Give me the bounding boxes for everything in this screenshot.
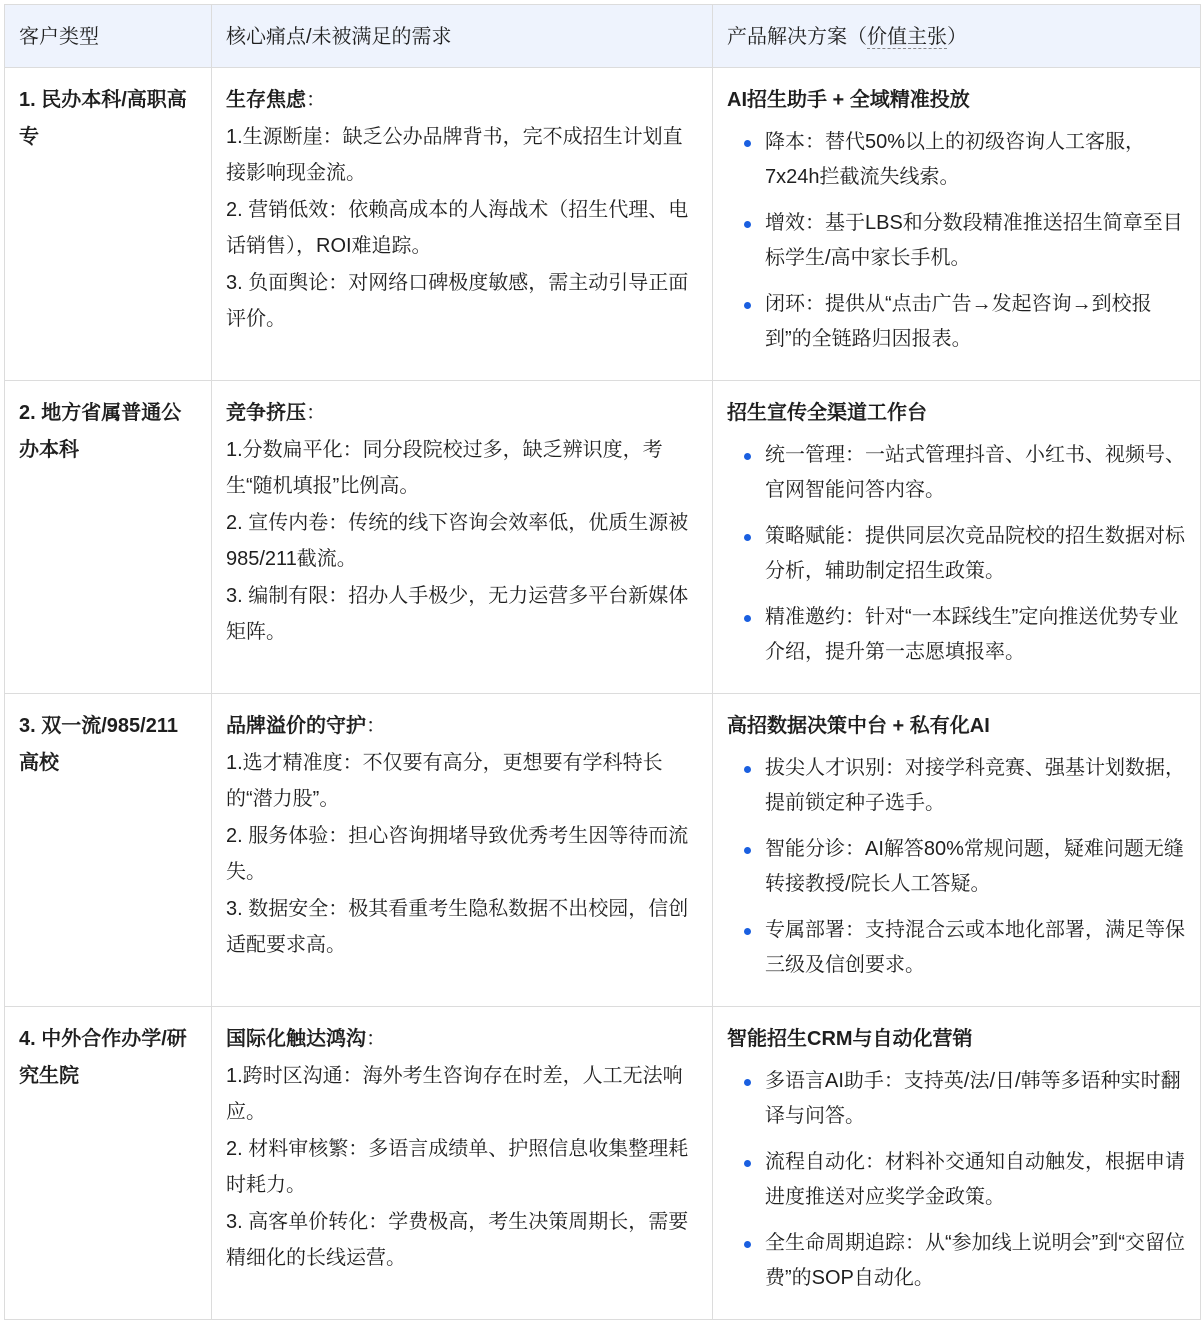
solution-item: 统一管理：一站式管理抖音、小红书、视频号、官网智能问答内容。 (727, 438, 1186, 508)
bullet-icon (744, 1160, 751, 1167)
header-solution-value-proposition[interactable]: 价值主张 (867, 26, 947, 49)
solution-item-text: 拔尖人才识别：对接学科竞赛、强基计划数据，提前锁定种子选手。 (765, 757, 1185, 814)
pain-points-cell: 生存焦虑： 1.生源断崖：缺乏公办品牌背书，完不成招生计划直接影响现金流。 2.… (212, 68, 713, 381)
solution-title: AI招生助手 + 全域精准投放 (727, 82, 1186, 119)
solution-item: 流程自动化：材料补交通知自动触发，根据申请进度推送对应奖学金政策。 (727, 1145, 1186, 1215)
solution-item: 降本：替代50%以上的初级咨询人工客服，7x24h拦截流失线索。 (727, 125, 1186, 195)
customer-type-cell: 1. 民办本科/高职高专 (5, 68, 212, 381)
solution-item-text: 精准邀约：针对“一本踩线生”定向推送优势专业介绍，提升第一志愿填报率。 (765, 606, 1178, 663)
pain-heading-colon: ： (366, 1028, 386, 1050)
customer-type-cell: 2. 地方省属普通公办本科 (5, 381, 212, 694)
bullet-icon (744, 615, 751, 622)
solution-item: 多语言AI助手：支持英/法/日/韩等多语种实时翻译与问答。 (727, 1064, 1186, 1134)
solution-item: 智能分诊：AI解答80%常规问题，疑难问题无缝转接教授/院长人工答疑。 (727, 832, 1186, 902)
bullet-icon (744, 302, 751, 309)
solution-item-text: 闭环：提供从“点击广告→发起咨询→到校报到”的全链路归因报表。 (765, 293, 1152, 350)
pain-heading-colon: ： (306, 89, 326, 111)
customer-type-cell: 3. 双一流/985/211高校 (5, 694, 212, 1007)
solution-item-text: 全生命周期追踪：从“参加线上说明会”到“交留位费”的SOP自动化。 (765, 1232, 1185, 1289)
solution-item-text: 智能分诊：AI解答80%常规问题，疑难问题无缝转接教授/院长人工答疑。 (765, 838, 1184, 895)
table-body: 1. 民办本科/高职高专 生存焦虑： 1.生源断崖：缺乏公办品牌背书，完不成招生… (5, 68, 1201, 1320)
pain-heading: 品牌溢价的守护： (226, 708, 698, 745)
solution-title: 智能招生CRM与自动化营销 (727, 1021, 1186, 1058)
pain-heading-text: 品牌溢价的守护 (226, 715, 366, 737)
customer-type-label: 2. 地方省属普通公办本科 (19, 395, 197, 468)
pain-heading-colon: ： (366, 715, 386, 737)
pain-point-item: 1.选才精准度：不仅要有高分，更想要有学科特长的“潜力股”。 (226, 745, 698, 818)
solution-list: 统一管理：一站式管理抖音、小红书、视频号、官网智能问答内容。 策略赋能：提供同层… (727, 438, 1186, 670)
solution-cell: 高招数据决策中台 + 私有化AI 拔尖人才识别：对接学科竞赛、强基计划数据，提前… (713, 694, 1201, 1007)
pain-point-item: 2. 材料审核繁：多语言成绩单、护照信息收集整理耗时耗力。 (226, 1131, 698, 1204)
solution-title: 高招数据决策中台 + 私有化AI (727, 708, 1186, 745)
bullet-icon (744, 928, 751, 935)
solution-item-text: 流程自动化：材料补交通知自动触发，根据申请进度推送对应奖学金政策。 (765, 1151, 1185, 1208)
table-row: 2. 地方省属普通公办本科 竞争挤压： 1.分数扁平化：同分段院校过多，缺乏辨识… (5, 381, 1201, 694)
header-solution-prefix: 产品解决方案（ (727, 26, 867, 48)
solution-item-text: 增效：基于LBS和分数段精准推送招生简章至目标学生/高中家长手机。 (765, 212, 1183, 269)
header-pain-points: 核心痛点/未被满足的需求 (212, 5, 713, 68)
pain-heading: 国际化触达鸿沟： (226, 1021, 698, 1058)
pain-point-item: 3. 编制有限：招办人手极少，无力运营多平台新媒体矩阵。 (226, 578, 698, 651)
solution-list: 多语言AI助手：支持英/法/日/韩等多语种实时翻译与问答。 流程自动化：材料补交… (727, 1064, 1186, 1296)
pain-points-cell: 国际化触达鸿沟： 1.跨时区沟通：海外考生咨询存在时差，人工无法响应。 2. 材… (212, 1007, 713, 1320)
customer-type-cell: 4. 中外合作办学/研究生院 (5, 1007, 212, 1320)
solution-item: 全生命周期追踪：从“参加线上说明会”到“交留位费”的SOP自动化。 (727, 1226, 1186, 1296)
solution-item-text: 降本：替代50%以上的初级咨询人工客服，7x24h拦截流失线索。 (765, 131, 1145, 188)
solution-item: 增效：基于LBS和分数段精准推送招生简章至目标学生/高中家长手机。 (727, 206, 1186, 276)
pain-point-item: 2. 宣传内卷：传统的线下咨询会效率低，优质生源被985/211截流。 (226, 505, 698, 578)
bullet-icon (744, 221, 751, 228)
solution-item: 闭环：提供从“点击广告→发起咨询→到校报到”的全链路归因报表。 (727, 287, 1186, 357)
solution-cell: 招生宣传全渠道工作台 统一管理：一站式管理抖音、小红书、视频号、官网智能问答内容… (713, 381, 1201, 694)
table-header: 客户类型 核心痛点/未被满足的需求 产品解决方案（价值主张） (5, 5, 1201, 68)
pain-point-item: 2. 营销低效：依赖高成本的人海战术（招生代理、电话销售），ROI难追踪。 (226, 192, 698, 265)
solution-item-text: 策略赋能：提供同层次竞品院校的招生数据对标分析，辅助制定招生政策。 (765, 525, 1185, 582)
solution-item-text: 专属部署：支持混合云或本地化部署，满足等保三级及信创要求。 (765, 919, 1185, 976)
solution-cell: AI招生助手 + 全域精准投放 降本：替代50%以上的初级咨询人工客服，7x24… (713, 68, 1201, 381)
table-row: 4. 中外合作办学/研究生院 国际化触达鸿沟： 1.跨时区沟通：海外考生咨询存在… (5, 1007, 1201, 1320)
pain-point-item: 1.跨时区沟通：海外考生咨询存在时差，人工无法响应。 (226, 1058, 698, 1131)
bullet-icon (744, 1241, 751, 1248)
header-customer-type: 客户类型 (5, 5, 212, 68)
solution-item: 专属部署：支持混合云或本地化部署，满足等保三级及信创要求。 (727, 913, 1186, 983)
bullet-icon (744, 766, 751, 773)
bullet-icon (744, 1079, 751, 1086)
solution-list: 拔尖人才识别：对接学科竞赛、强基计划数据，提前锁定种子选手。 智能分诊：AI解答… (727, 751, 1186, 983)
solution-item: 精准邀约：针对“一本踩线生”定向推送优势专业介绍，提升第一志愿填报率。 (727, 600, 1186, 670)
table-row: 3. 双一流/985/211高校 品牌溢价的守护： 1.选才精准度：不仅要有高分… (5, 694, 1201, 1007)
pain-heading-text: 生存焦虑 (226, 89, 306, 111)
pain-point-item: 3. 高客单价转化：学费极高，考生决策周期长，需要精细化的长线运营。 (226, 1204, 698, 1277)
pain-heading-text: 国际化触达鸿沟 (226, 1028, 366, 1050)
pain-heading-colon: ： (306, 402, 326, 424)
bullet-icon (744, 534, 751, 541)
customer-solution-table: 客户类型 核心痛点/未被满足的需求 产品解决方案（价值主张） 1. 民办本科/高… (4, 4, 1201, 1320)
pain-point-item: 3. 数据安全：极其看重考生隐私数据不出校园，信创适配要求高。 (226, 891, 698, 964)
pain-point-item: 1.分数扁平化：同分段院校过多，缺乏辨识度，考生“随机填报”比例高。 (226, 432, 698, 505)
customer-type-label: 3. 双一流/985/211高校 (19, 708, 197, 781)
bullet-icon (744, 847, 751, 854)
bullet-icon (744, 140, 751, 147)
solution-cell: 智能招生CRM与自动化营销 多语言AI助手：支持英/法/日/韩等多语种实时翻译与… (713, 1007, 1201, 1320)
header-solution-suffix: ） (947, 26, 967, 48)
pain-heading: 生存焦虑： (226, 82, 698, 119)
solution-item-text: 统一管理：一站式管理抖音、小红书、视频号、官网智能问答内容。 (765, 444, 1185, 501)
pain-points-cell: 品牌溢价的守护： 1.选才精准度：不仅要有高分，更想要有学科特长的“潜力股”。 … (212, 694, 713, 1007)
solution-list: 降本：替代50%以上的初级咨询人工客服，7x24h拦截流失线索。 增效：基于LB… (727, 125, 1186, 357)
solution-title: 招生宣传全渠道工作台 (727, 395, 1186, 432)
bullet-icon (744, 453, 751, 460)
customer-type-label: 4. 中外合作办学/研究生院 (19, 1021, 197, 1094)
pain-point-item: 1.生源断崖：缺乏公办品牌背书，完不成招生计划直接影响现金流。 (226, 119, 698, 192)
solution-item: 策略赋能：提供同层次竞品院校的招生数据对标分析，辅助制定招生政策。 (727, 519, 1186, 589)
pain-points-cell: 竞争挤压： 1.分数扁平化：同分段院校过多，缺乏辨识度，考生“随机填报”比例高。… (212, 381, 713, 694)
table-row: 1. 民办本科/高职高专 生存焦虑： 1.生源断崖：缺乏公办品牌背书，完不成招生… (5, 68, 1201, 381)
customer-type-label: 1. 民办本科/高职高专 (19, 82, 197, 155)
header-solution: 产品解决方案（价值主张） (713, 5, 1201, 68)
pain-point-item: 2. 服务体验：担心咨询拥堵导致优秀考生因等待而流失。 (226, 818, 698, 891)
pain-heading: 竞争挤压： (226, 395, 698, 432)
solution-item: 拔尖人才识别：对接学科竞赛、强基计划数据，提前锁定种子选手。 (727, 751, 1186, 821)
header-row: 客户类型 核心痛点/未被满足的需求 产品解决方案（价值主张） (5, 5, 1201, 68)
pain-point-item: 3. 负面舆论：对网络口碑极度敏感，需主动引导正面评价。 (226, 265, 698, 338)
solution-item-text: 多语言AI助手：支持英/法/日/韩等多语种实时翻译与问答。 (765, 1070, 1181, 1127)
pain-heading-text: 竞争挤压 (226, 402, 306, 424)
